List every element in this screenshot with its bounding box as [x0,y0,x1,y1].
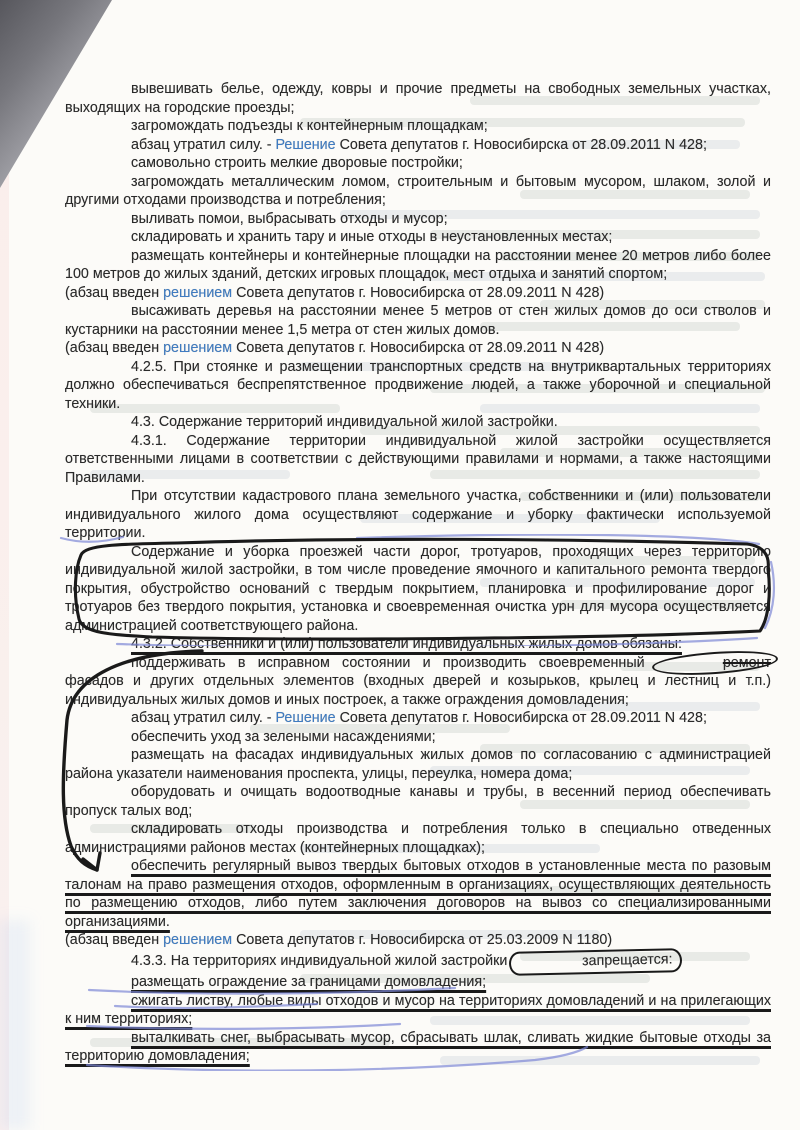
paragraph-text: загромождать металлическим ломом, строит… [65,174,771,209]
paragraph-text: высаживать деревья на расстоянии менее 5… [65,303,771,338]
section-4-3-3-block: 4.3.3. На территориях индивидуальной жил… [65,950,771,1066]
paragraph-text: Совета депутатов г. Новосибирска от 28.0… [336,710,707,726]
paragraph-text: выливать помои, выбрасывать отходы и мус… [131,211,448,227]
paragraph-text: вывешивать белье, одежду, ковры и прочие… [65,81,771,116]
paragraph-maintain-facades: поддерживать в исправном состоянии и про… [65,654,771,710]
paragraph-no-snow-dumping: выталкивать снег, выбрасывать мусор, сбр… [65,1029,771,1066]
paragraph-text: Совета депутатов г. Новосибирска от 28.0… [336,137,707,153]
scanned-document-page: { "doc": { "p01": "вывешивать белье, оде… [0,0,800,1130]
paragraph-fence-beyond-borders: размещать ограждение за границами домовл… [65,973,771,992]
paragraph-text: складировать и хранить тару и иные отход… [131,229,612,245]
paragraph-text: фасадов и других отдельных элементов (вх… [65,673,771,708]
paragraph-street-signs: размещать на фасадах индивидуальных жилы… [65,746,771,783]
paragraph-no-burning: сжигать листву, любые виды отходов и мус… [65,992,771,1029]
paragraph-hang-laundry: вывешивать белье, одежду, ковры и прочие… [65,80,771,117]
decision-link-text: решением [163,932,232,948]
document-body: вывешивать белье, одежду, ковры и прочие… [65,80,771,1066]
paragraph-text: (абзац введен [65,340,163,356]
paragraph-text: обеспечить уход за зелеными насаждениями… [131,729,436,745]
scribbled-word-remont: ремонт [657,654,771,673]
paragraph-text: 4.2.5. При стоянке и размещении транспор… [65,359,771,412]
paragraph-text: Совета депутатов г. Новосибирска от 28.0… [232,285,604,301]
paragraph-text: размещать на фасадах индивидуальных жилы… [65,747,771,782]
paragraph-green-plantings: обеспечить уход за зелеными насаждениями… [65,728,771,747]
bracketed-obligations-block: поддерживать в исправном состоянии и про… [65,654,771,932]
paragraph-block-driveways: загромождать подъезды к контейнерным пло… [65,117,771,136]
paragraph-text: загромождать подъезды к контейнерным пло… [131,118,488,134]
paragraph-tree-planting: высаживать деревья на расстоянии менее 5… [65,302,771,339]
paragraph-text: размещать ограждение за границами домовл… [131,974,486,990]
paragraph-text: 4.3.3. На территориях индивидуальной жил… [131,953,511,969]
paragraph-text: абзац утратил силу. - [131,710,276,726]
paragraph-pour-slops: выливать помои, выбрасывать отходы и мус… [65,210,771,229]
paragraph-text: Совета депутатов г. Новосибирска от 25.0… [232,932,612,948]
hand-boxed-paragraph: Содержание и уборка проезжей части дорог… [65,543,771,636]
decision-link-text: Решение [276,137,336,153]
paragraph-scrap-metal: загромождать металлическим ломом, строит… [65,173,771,210]
decision-link-text: Решение [276,710,336,726]
paragraph-text: 4.3. Содержание территорий индивидуально… [131,414,558,430]
paragraph-text: абзац утратил силу. - [131,137,276,153]
paragraph-text: оборудовать и очищать водоотводные канав… [65,784,771,819]
paragraph-text: размещать контейнеры и контейнерные площ… [65,248,771,283]
decision-link-text: решением [163,285,232,301]
heading-4-3-3: 4.3.3. На территориях индивидуальной жил… [65,950,771,974]
paragraph-drainage: оборудовать и очищать водоотводные канав… [65,783,771,820]
heading-4-3-2-underlined: 4.3.2. Собственники и (или) пользователи… [65,635,771,654]
paragraph-store-containers: складировать и хранить тару и иные отход… [65,228,771,247]
circled-word-prohibited: запрещается: [509,948,682,975]
paragraph-text: выталкивать снег, выбрасывать мусор, сбр… [65,1030,771,1065]
paragraph-lapsed-428-b: абзац утратил силу. - Решение Совета деп… [65,709,771,728]
paragraph-no-cadastral-plan: При отсутствии кадастрового плана земель… [65,487,771,543]
paragraph-text: (абзац введен [65,932,163,948]
paragraph-text: При отсутствии кадастрового плана земель… [65,488,771,541]
paragraph-introduced-1180: (абзац введен решением Совета депутатов … [65,931,771,950]
paragraph-road-maintenance: Содержание и уборка проезжей части дорог… [65,543,771,636]
paragraph-waste-storage: складировать отходы производства и потре… [65,820,771,857]
paragraph-text: поддерживать в исправном состоянии и про… [131,655,657,671]
paragraph-text: 4.3.1. Содержание территории индивидуаль… [65,433,771,486]
paragraph-text: Содержание и уборка проезжей части дорог… [65,544,771,634]
paragraph-unauthorized-buildings: самовольно строить мелкие дворовые постр… [65,154,771,173]
paragraph-text: (абзац введен [65,285,163,301]
paragraph-waste-removal-underlined: обеспечить регулярный вывоз твердых быто… [65,857,771,931]
paragraph-text: обеспечить регулярный вывоз твердых быто… [65,858,771,930]
paragraph-introduced-428-a: (абзац введен решением Совета депутатов … [65,284,771,303]
paragraph-text: Совета депутатов г. Новосибирска от 28.0… [232,340,604,356]
paragraph-text: сжигать листву, любые виды отходов и мус… [65,993,771,1028]
paragraph-4-2-5: 4.2.5. При стоянке и размещении транспор… [65,358,771,414]
paragraph-container-distance: размещать контейнеры и контейнерные площ… [65,247,771,284]
scan-edge-tint-bottom-left [0,920,30,1130]
paragraph-introduced-428-b: (абзац введен решением Совета депутатов … [65,339,771,358]
paragraph-lapsed-428: абзац утратил силу. - Решение Совета деп… [65,136,771,155]
decision-link-text: решением [163,340,232,356]
paragraph-text: складировать отходы производства и потре… [65,821,771,856]
heading-4-3: 4.3. Содержание территорий индивидуально… [65,413,771,432]
paragraph-text: 4.3.2. Собственники и (или) пользователи… [131,636,682,652]
paragraph-4-3-1: 4.3.1. Содержание территории индивидуаль… [65,432,771,488]
paragraph-text: самовольно строить мелкие дворовые постр… [131,155,463,171]
